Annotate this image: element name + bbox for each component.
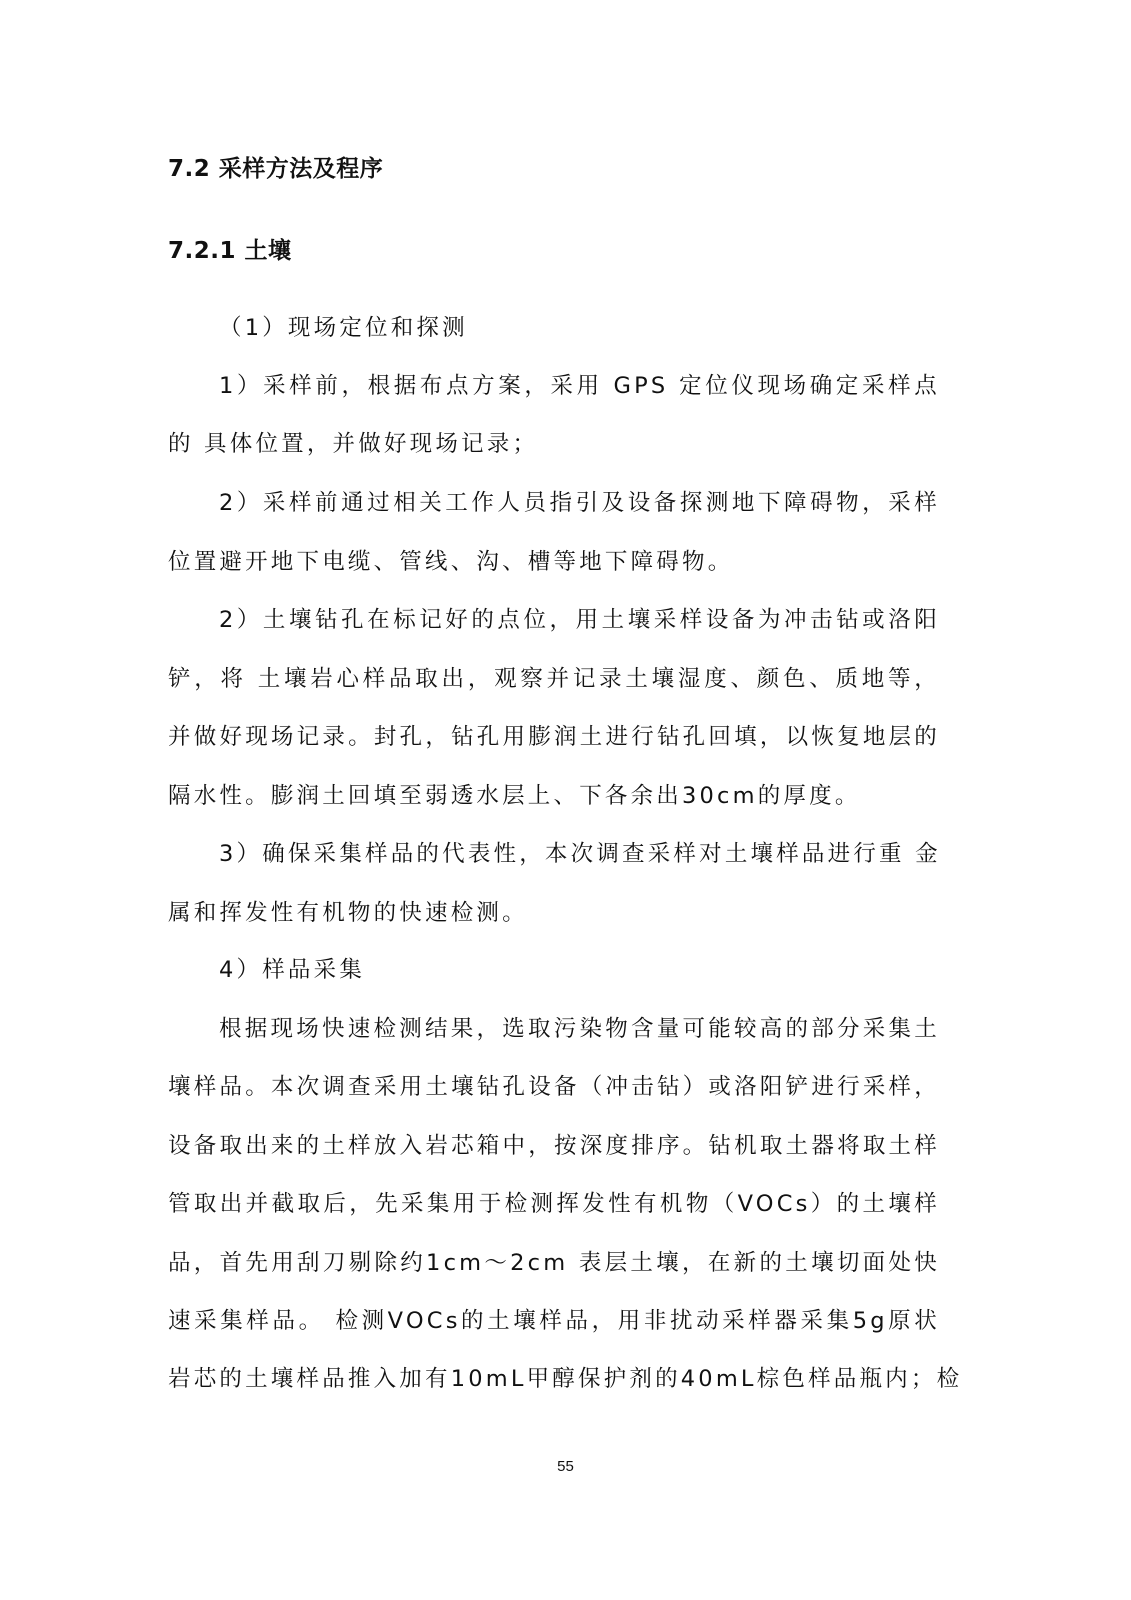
- paragraph-line: 速采集样品。 检测VOCs的土壤样品，用非扰动采样器采集5g原状: [168, 1306, 940, 1336]
- paragraph-line: 1）采样前，根据布点方案，采用 GPS 定位仪现场确定采样点: [219, 371, 940, 401]
- page-number: 55: [0, 1458, 1131, 1475]
- paragraph-line: 并做好现场记录。封孔，钻孔用膨润土进行钻孔回填，以恢复地层的: [168, 722, 940, 752]
- paragraph-line: 属和挥发性有机物的快速检测。: [168, 898, 940, 928]
- paragraph-line: 管取出并截取后，先采集用于检测挥发性有机物（VOCs）的土壤样: [168, 1189, 940, 1219]
- item-heading: 4）样品采集: [219, 955, 991, 985]
- paragraph-line: 品，首先用刮刀剔除约1cm～2cm 表层土壤，在新的土壤切面处快: [168, 1248, 940, 1278]
- item-heading: （1）现场定位和探测: [219, 313, 991, 343]
- paragraph-line: 隔水性。膨润土回填至弱透水层上、下各余出30cm的厚度。: [168, 781, 940, 811]
- subsection-heading: 7.2.1 土壤: [168, 232, 292, 265]
- paragraph-line: 根据现场快速检测结果，选取污染物含量可能较高的部分采集土: [219, 1014, 940, 1044]
- section-heading: 7.2 采样方法及程序: [168, 150, 383, 183]
- paragraph-line: 位置避开地下电缆、管线、沟、槽等地下障碍物。: [168, 547, 940, 577]
- paragraph-line: 2）土壤钻孔在标记好的点位，用土壤采样设备为冲击钻或洛阳: [219, 605, 940, 635]
- paragraph-line: 3）确保采集样品的代表性，本次调查采样对土壤样品进行重 金: [219, 839, 940, 869]
- paragraph-line: 岩芯的土壤样品推入加有10mL甲醇保护剂的40mL棕色样品瓶内；检: [168, 1364, 940, 1394]
- paragraph-line: 的 具体位置，并做好现场记录；: [168, 429, 940, 459]
- paragraph-line: 设备取出来的土样放入岩芯箱中，按深度排序。钻机取土器将取土样: [168, 1131, 940, 1161]
- paragraph-line: 铲，将 土壤岩心样品取出，观察并记录土壤湿度、颜色、质地等，: [168, 664, 940, 694]
- paragraph-line: 2）采样前通过相关工作人员指引及设备探测地下障碍物，采样: [219, 488, 940, 518]
- paragraph-line: 壤样品。本次调查采用土壤钻孔设备（冲击钻）或洛阳铲进行采样，: [168, 1072, 940, 1102]
